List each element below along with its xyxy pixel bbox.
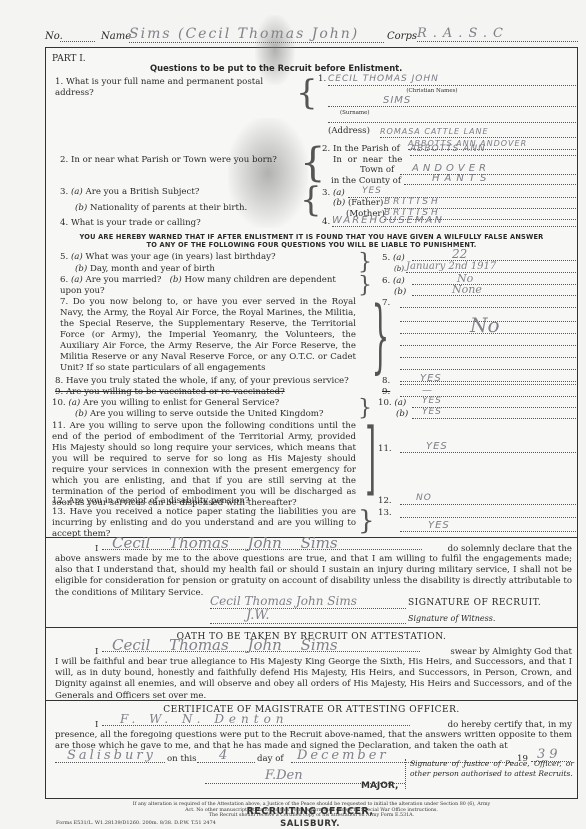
recruit-signature[interactable]: Cecil Thomas John Sims: [210, 594, 406, 609]
question-5b: (b) Day, month and year of birth: [75, 264, 215, 275]
surname-field[interactable]: SIMS: [328, 95, 576, 107]
brace: }: [358, 508, 375, 534]
answer-12: 12. NO: [378, 496, 576, 507]
answer-5: 5. (a) 22 (b) January 2nd 1917: [382, 253, 576, 275]
question-10b: (b) Are you willing to serve outside the…: [75, 409, 324, 420]
question-8: 8. Have you truly stated the whole, if a…: [55, 376, 349, 387]
previous-service-field[interactable]: No: [470, 320, 500, 331]
answer-2: 2. In the Parish of ABBOTTS ANN In or ne…: [322, 144, 576, 187]
corps-label: Corps: [387, 31, 417, 42]
section-divider: [45, 627, 578, 628]
answer-4: 4. WAREHOUSEMAN: [322, 217, 576, 228]
brace: }: [358, 252, 372, 274]
answer-7: 7. No: [382, 298, 576, 382]
answer-6: 6. (a) No (b) None: [382, 276, 576, 298]
oath-name-field[interactable]: Cecil Thomas John Sims: [102, 640, 420, 652]
age-field[interactable]: 22: [412, 249, 576, 261]
witness-signature-row: J.W. Signature of Witness.: [210, 611, 572, 625]
question-2: 2. In or near what Parish or Town were y…: [60, 155, 277, 166]
answer-10: 10. (a) YES (b) YES: [378, 398, 576, 420]
disability-pension-field[interactable]: NO: [400, 493, 576, 505]
signature-bracket: [405, 759, 406, 789]
section-divider: [45, 700, 578, 701]
attestation-day-field[interactable]: 4: [197, 750, 255, 762]
question-1: 1. What is your full name and permanent …: [55, 77, 295, 99]
christian-names-field[interactable]: CECIL THOMAS JOHN: [328, 74, 576, 86]
part-title: Questions to be put to the Recruit befor…: [150, 63, 402, 73]
address-line-1[interactable]: ROMASA CATTLE LANE: [380, 126, 576, 138]
question-3a: 3. (a) Are you a British Subject?: [60, 187, 199, 198]
question-9: 9. Are you willing to be vaccinated or r…: [55, 387, 285, 398]
corps-field[interactable]: R.A.S.C: [417, 26, 578, 42]
declaration-section: I Cecil Thomas John Sims do solemnly dec…: [55, 540, 572, 599]
blank-line: [328, 119, 576, 123]
notice-paper-field[interactable]: YES: [400, 520, 576, 532]
question-5a: 5. (a) What was your age (in years) last…: [60, 252, 360, 263]
attestation-place-field[interactable]: Salisbury: [55, 750, 165, 762]
oath-section: I Cecil Thomas John Sims swear by Almigh…: [55, 644, 572, 702]
declarant-name-field[interactable]: Cecil Thomas John Sims: [102, 538, 422, 550]
territorial-conditions-field[interactable]: YES: [400, 441, 576, 453]
form-reference: Forms E531/L. W1.28139/D1260. 200m. 8/38…: [56, 820, 216, 826]
part-label: PART I.: [52, 54, 86, 64]
question-10a: 10. (a) Are you willing to enlist for Ge…: [52, 398, 279, 409]
officer-name-field[interactable]: F. W. N. Denton: [102, 714, 410, 726]
rank-stamp: MAJOR,: [361, 781, 398, 791]
answer-1: 1. CECIL THOMAS JOHN (Christian Names) S…: [318, 74, 576, 150]
name-label: Name: [101, 31, 131, 42]
ink-smudge: [255, 15, 295, 85]
question-3b: (b) Nationality of parents at their birt…: [75, 203, 247, 214]
question-7: 7. Do you now belong to, or have you eve…: [60, 297, 356, 374]
question-12: 12. Are you in receipt of a disability p…: [52, 496, 249, 507]
brace: }: [358, 275, 372, 297]
children-field[interactable]: None: [412, 284, 576, 296]
parish-field[interactable]: ABBOTTS ANN: [410, 144, 576, 156]
date-of-birth-field[interactable]: January 2nd 1917: [406, 261, 576, 273]
warning-text: YOU ARE HEREBY WARNED THAT IF AFTER ENLI…: [47, 233, 576, 249]
trade-field[interactable]: WAREHOUSEMAN: [332, 215, 576, 227]
header-row: No. Name Sims (Cecil Thomas John) Corps …: [45, 26, 578, 44]
answer-11: 11. YES: [378, 444, 576, 455]
previous-service-stated-field[interactable]: YES: [400, 373, 576, 385]
brace: {: [300, 183, 322, 217]
serve-outside-uk-field[interactable]: YES: [412, 407, 576, 419]
question-6: 6. (a) Are you married? (b) How many chi…: [60, 275, 360, 297]
no-field[interactable]: [60, 41, 95, 42]
recruiting-officer-stamp: RECRUITING OFFICER, SALISBURY.: [240, 806, 380, 829]
brace: ]: [365, 418, 376, 498]
answer-13: 13. YES: [378, 508, 576, 532]
witness-signature[interactable]: J.W.: [210, 608, 406, 624]
county-field[interactable]: HANTS: [404, 173, 576, 185]
officer-signature-label: Signature of Justice of Peace, Officer, …: [410, 759, 574, 779]
question-4: 4. What is your trade or calling?: [60, 218, 201, 229]
